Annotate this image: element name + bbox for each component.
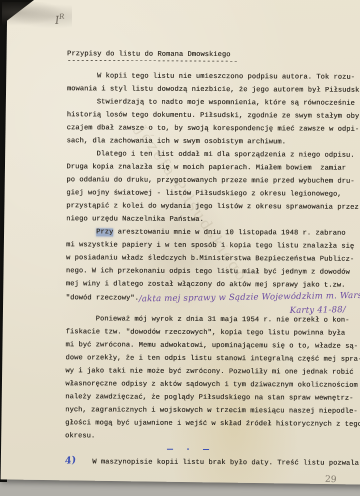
highlight-mark: Przy xyxy=(96,228,113,236)
corner-mark: IR xyxy=(55,13,66,27)
corner-mark-superscript: R xyxy=(59,13,65,21)
footnote: 4)W maszynopisie kopii listu brak było d… xyxy=(65,454,359,469)
footnote-marker: 4) xyxy=(64,454,77,468)
typed-line: głości mogą być ujawnione i wejść w skła… xyxy=(65,417,359,432)
page-number: 29 xyxy=(324,475,336,486)
title-underline: -------------------------------------- xyxy=(67,55,360,72)
scan-background: { "scan": { "corner_mark": "I", "corner_… xyxy=(0,0,360,496)
footnote-text: W maszynopisie kopii listu brak było dat… xyxy=(92,458,359,467)
typed-lines: W kopii tego listu nie umieszczono podpi… xyxy=(65,70,360,445)
typed-page-content: Przypisy do listu do Romana Dmowskiego -… xyxy=(65,48,360,469)
handwritten-annotation: Karty 41-88/ xyxy=(289,304,345,318)
